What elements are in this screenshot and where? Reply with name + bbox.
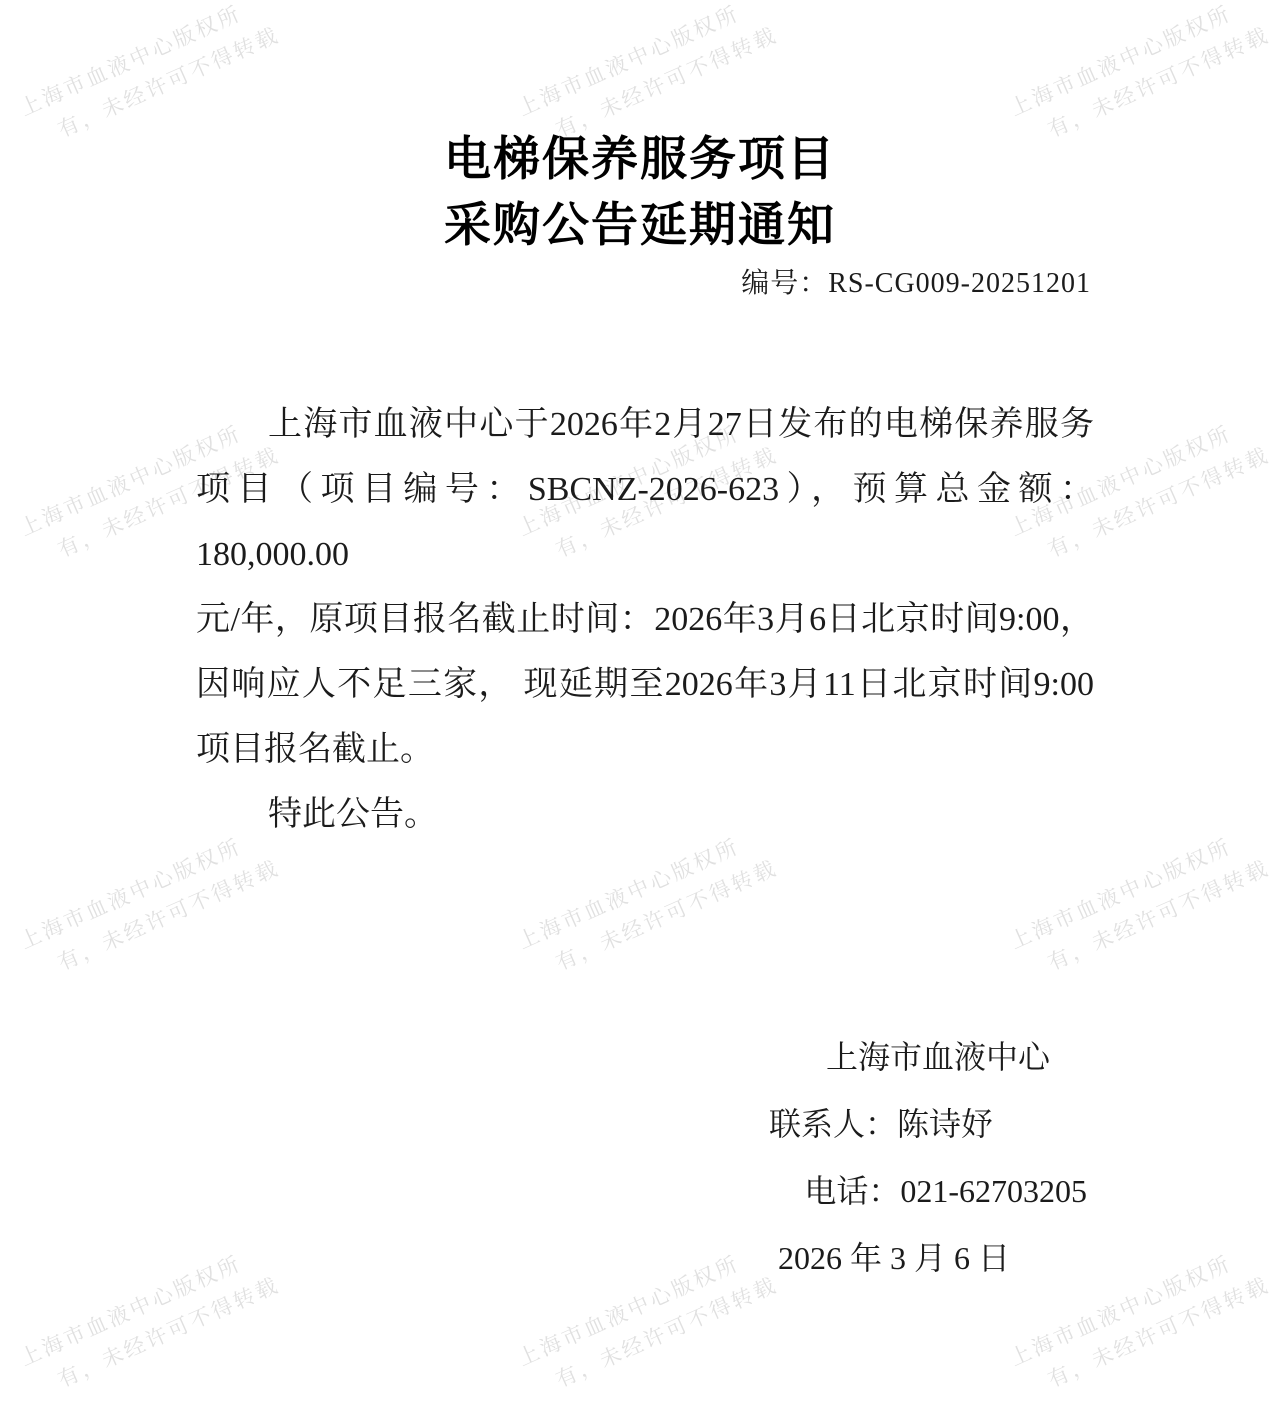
contact-name: 陈诗妤 (897, 1106, 993, 1142)
contact-label: 联系人： (769, 1106, 897, 1142)
signature-organization: 上海市血液中心 (0, 1040, 1050, 1074)
document-page: 上海市血液中心版权所有，未经许可不得转载上海市血液中心版权所有，未经许可不得转载… (0, 0, 1280, 1407)
reference-number-line: 编号：RS-CG009-20251201 (0, 268, 1091, 300)
document-content: 电梯保养服务项目 采购公告延期通知 编号：RS-CG009-20251201 上… (0, 0, 1280, 847)
phone-number: 021-62703205 (900, 1173, 1087, 1209)
signature-date: 2026 年 3 月 6 日 (0, 1241, 1010, 1275)
reference-value: RS-CG009-20251201 (828, 268, 1091, 299)
body-line-6: 特此公告。 (196, 782, 1094, 847)
body-line-1: 上海市血液中心于2026年2月27日发布的电梯保养服务 (196, 392, 1094, 457)
phone-line: 电话：021-62703205 (0, 1174, 1087, 1208)
phone-label: 电话： (804, 1173, 900, 1209)
body-paragraph: 上海市血液中心于2026年2月27日发布的电梯保养服务 项目（项目编号：SBCN… (196, 392, 1094, 847)
page-title: 电梯保养服务项目 采购公告延期通知 (0, 0, 1280, 258)
title-line-1: 电梯保养服务项目 (0, 126, 1280, 192)
body-line-4: 因响应人不足三家， 现延期至2026年3月11日北京时间9:00 (196, 652, 1094, 717)
body-line-2: 项目（项目编号：SBCNZ-2026-623），预算总金额：180,000.00 (196, 457, 1094, 587)
reference-label: 编号： (741, 268, 828, 299)
contact-person-line: 联系人：陈诗妤 (0, 1107, 993, 1141)
body-line-5: 项目报名截止。 (196, 717, 1094, 782)
signature-block: 上海市血液中心 联系人：陈诗妤 电话：021-62703205 2026 年 3… (0, 1040, 1280, 1308)
body-line-3: 元/年，原项目报名截止时间：2026年3月6日北京时间9:00， (196, 587, 1094, 652)
title-line-2: 采购公告延期通知 (0, 192, 1280, 258)
